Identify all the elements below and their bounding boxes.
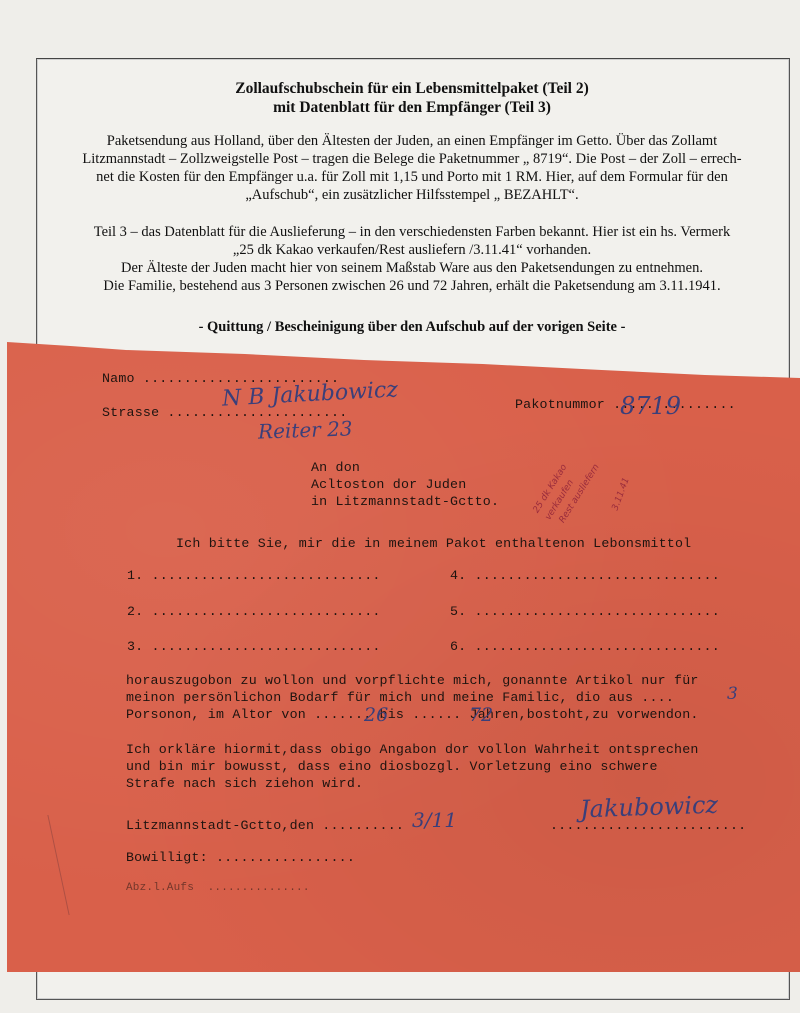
- item-line-5: 5. ..............................: [450, 604, 720, 619]
- handwritten-age-from: 26: [364, 704, 388, 726]
- text-line: „25 dk Kakao verkaufen/Rest ausliefern /…: [46, 241, 778, 259]
- body-line-2: meinon persönlichon Bodarf für mich und …: [126, 690, 674, 705]
- item-line-2: 2. ............................: [127, 604, 381, 619]
- text-line: net die Kosten für den Empfänger u.a. fü…: [46, 168, 778, 186]
- text-line: Die Familie, bestehend aus 3 Personen zw…: [46, 277, 778, 295]
- item-line-3: 3. ............................: [127, 639, 381, 654]
- faint-stamp-line: Abz.l.Aufs ...............: [126, 882, 310, 894]
- text-line: Der Älteste der Juden macht hier von sei…: [46, 259, 778, 277]
- text-line: Litzmannstadt – Zollzweigstelle Post – t…: [46, 150, 778, 168]
- page-title: Zollaufschubschein für ein Lebensmittelp…: [36, 79, 788, 117]
- description-paragraph-2: Teil 3 – das Datenblatt für die Ausliefe…: [36, 223, 788, 295]
- title-line-2: mit Datenblatt für den Empfänger (Teil 3…: [36, 98, 788, 117]
- body-line-1: horauszugobon zu wollon und vorpflichte …: [126, 673, 699, 688]
- handwritten-street: Reiter 23: [258, 416, 353, 443]
- addressee-line-3: in Litzmannstadt-Gctto.: [311, 494, 499, 509]
- declaration-line-2: und bin mir bowusst, dass eino diosbozgl…: [126, 759, 658, 774]
- declaration-line-3: Strafe nach sich ziehon wird.: [126, 776, 363, 791]
- handwritten-signature: Jakubowicz: [580, 791, 719, 824]
- addressee-line-2: Acltoston dor Juden: [311, 477, 466, 492]
- reference-note: - Quittung / Bescheinigung über den Aufs…: [36, 319, 788, 336]
- item-line-4: 4. ..............................: [450, 568, 720, 583]
- body-line-3: Porsonon, im Altor von ....... bis .....…: [126, 707, 699, 722]
- addressee-line-1: An don: [311, 460, 360, 475]
- request-line: Ich bitte Sie, mir die in meinem Pakot e…: [176, 536, 691, 551]
- text-line: „Aufschub“, ein zusätzlicher Hilfsstempe…: [46, 186, 778, 204]
- place-date-label: Litzmannstadt-Gctto,den ..........: [126, 818, 404, 833]
- text-line: Teil 3 – das Datenblatt für die Ausliefe…: [46, 223, 778, 241]
- handwritten-persons: 3: [727, 684, 738, 704]
- item-line-6: 6. ..............................: [450, 639, 720, 654]
- title-line-1: Zollaufschubschein für ein Lebensmittelp…: [36, 79, 788, 98]
- declaration-line-1: Ich orkläre hiormit,dass obigo Angabon d…: [126, 742, 699, 757]
- red-form-card: [7, 340, 800, 972]
- text-line: Paketsendung aus Holland, über den Ältes…: [46, 132, 778, 150]
- handwritten-age-to: 72: [469, 704, 493, 726]
- handwritten-date: 3/11: [412, 808, 457, 832]
- description-paragraph-1: Paketsendung aus Holland, über den Ältes…: [36, 132, 788, 204]
- item-line-1: 1. ............................: [127, 568, 381, 583]
- handwritten-package-number: 8719: [620, 392, 681, 420]
- approved-label: Bowilligt: .................: [126, 850, 355, 865]
- header-block: Zollaufschubschein für ein Lebensmittelp…: [36, 70, 788, 336]
